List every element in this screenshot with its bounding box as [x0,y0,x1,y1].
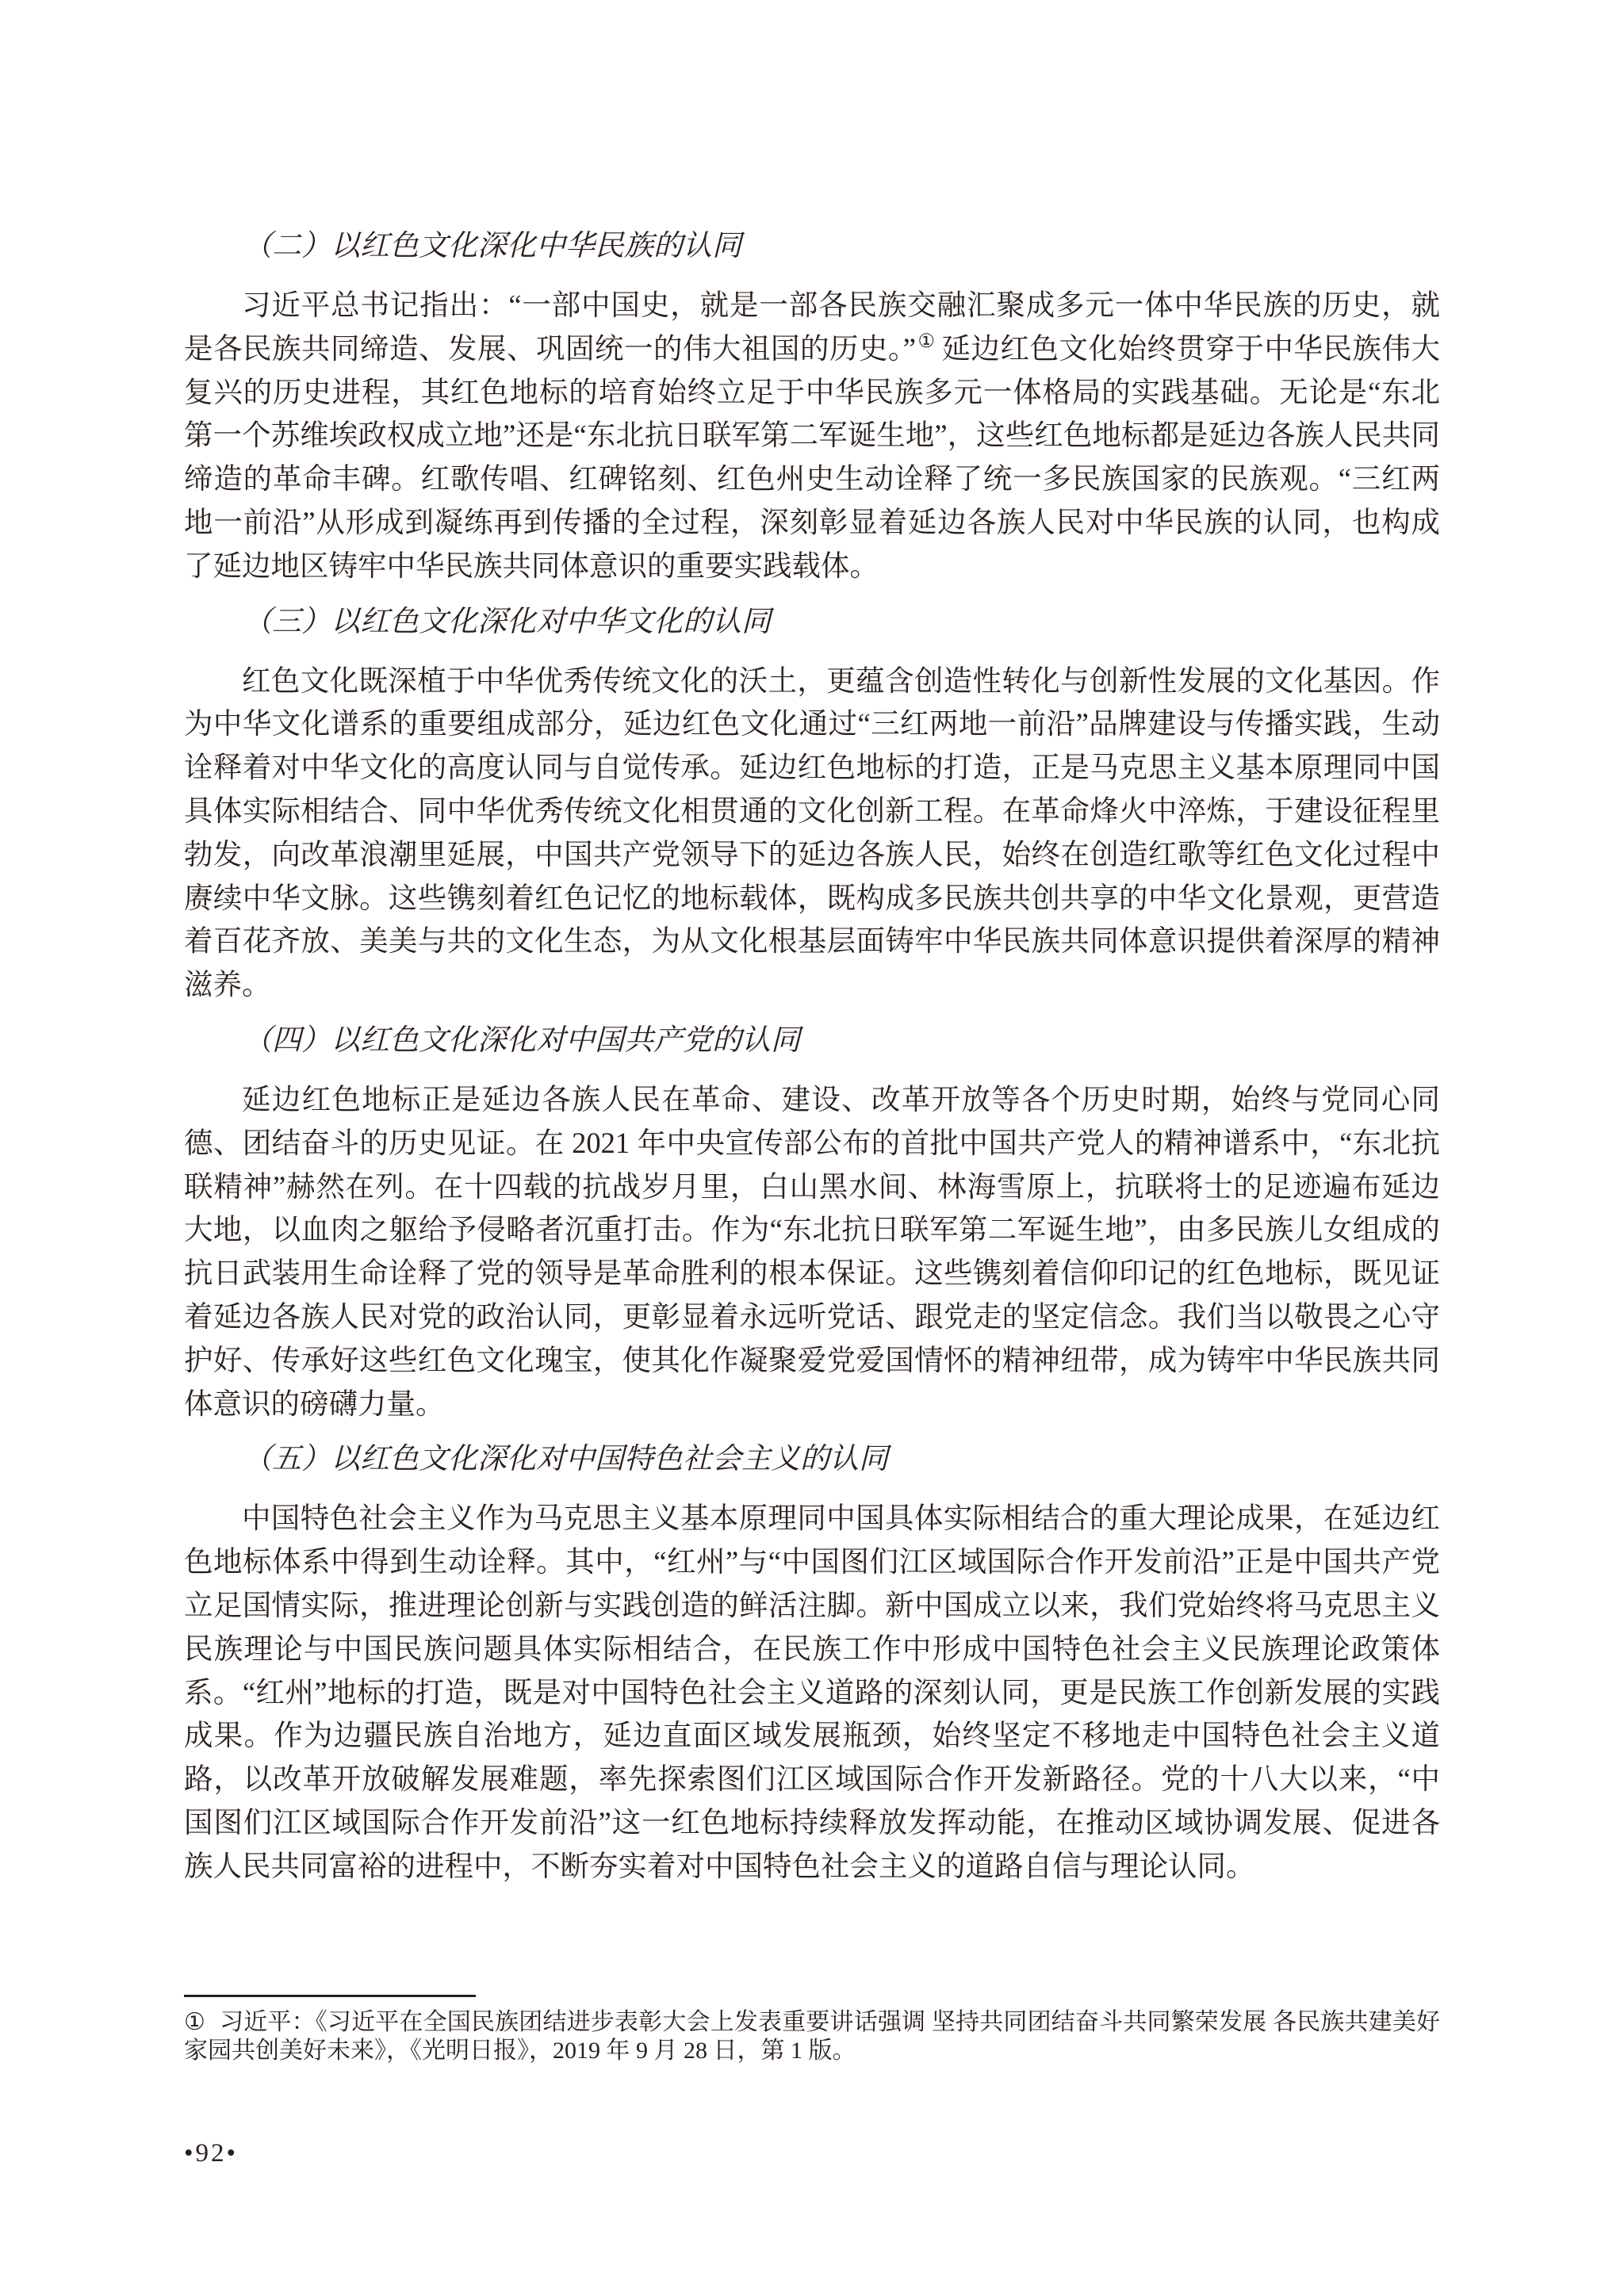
section-heading-4: （四）以红色文化深化对中国共产党的认同 [184,1019,1440,1062]
body-paragraph: 中国特色社会主义作为马克思主义基本原理同中国具体实际相结合的重大理论成果，在延边… [184,1497,1440,1888]
document-page: （二）以红色文化深化中华民族的认同 习近平总书记指出：“一部中国史，就是一部各民… [0,0,1624,2296]
footnote: ①习近平：《习近平在全国民族团结进步表彰大会上发表重要讲话强调 坚持共同团结奋斗… [184,2008,1440,2064]
section-heading-3: （三）以红色文化深化对中华文化的认同 [184,600,1440,644]
footnote-reference: ① [917,331,936,352]
paragraph-text: 延边红色文化始终贯穿于中华民族伟大复兴的历史进程，其红色地标的培育始终立足于中华… [184,332,1440,582]
page-number: •92• [184,2139,238,2168]
section-heading-2: （二）以红色文化深化中华民族的认同 [184,224,1440,268]
section-heading-5: （五）以红色文化深化对中国特色社会主义的认同 [184,1437,1440,1481]
footnote-divider [184,1995,476,1997]
footnote-text: 习近平：《习近平在全国民族团结进步表彰大会上发表重要讲话强调 坚持共同团结奋斗共… [184,2009,1440,2064]
page-content: （二）以红色文化深化中华民族的认同 习近平总书记指出：“一部中国史，就是一部各民… [184,224,1440,1888]
footnote-marker: ① [184,2009,205,2035]
body-paragraph: 红色文化既深植于中华优秀传统文化的沃土，更蕴含创造性转化与创新性发展的文化基因。… [184,660,1440,1007]
body-paragraph: 习近平总书记指出：“一部中国史，就是一部各民族交融汇聚成多元一体中华民族的历史，… [184,284,1440,588]
footnote-area: ①习近平：《习近平在全国民族团结进步表彰大会上发表重要讲话强调 坚持共同团结奋斗… [184,1995,1440,2064]
body-paragraph: 延边红色地标正是延边各族人民在革命、建设、改革开放等各个历史时期，始终与党同心同… [184,1078,1440,1425]
